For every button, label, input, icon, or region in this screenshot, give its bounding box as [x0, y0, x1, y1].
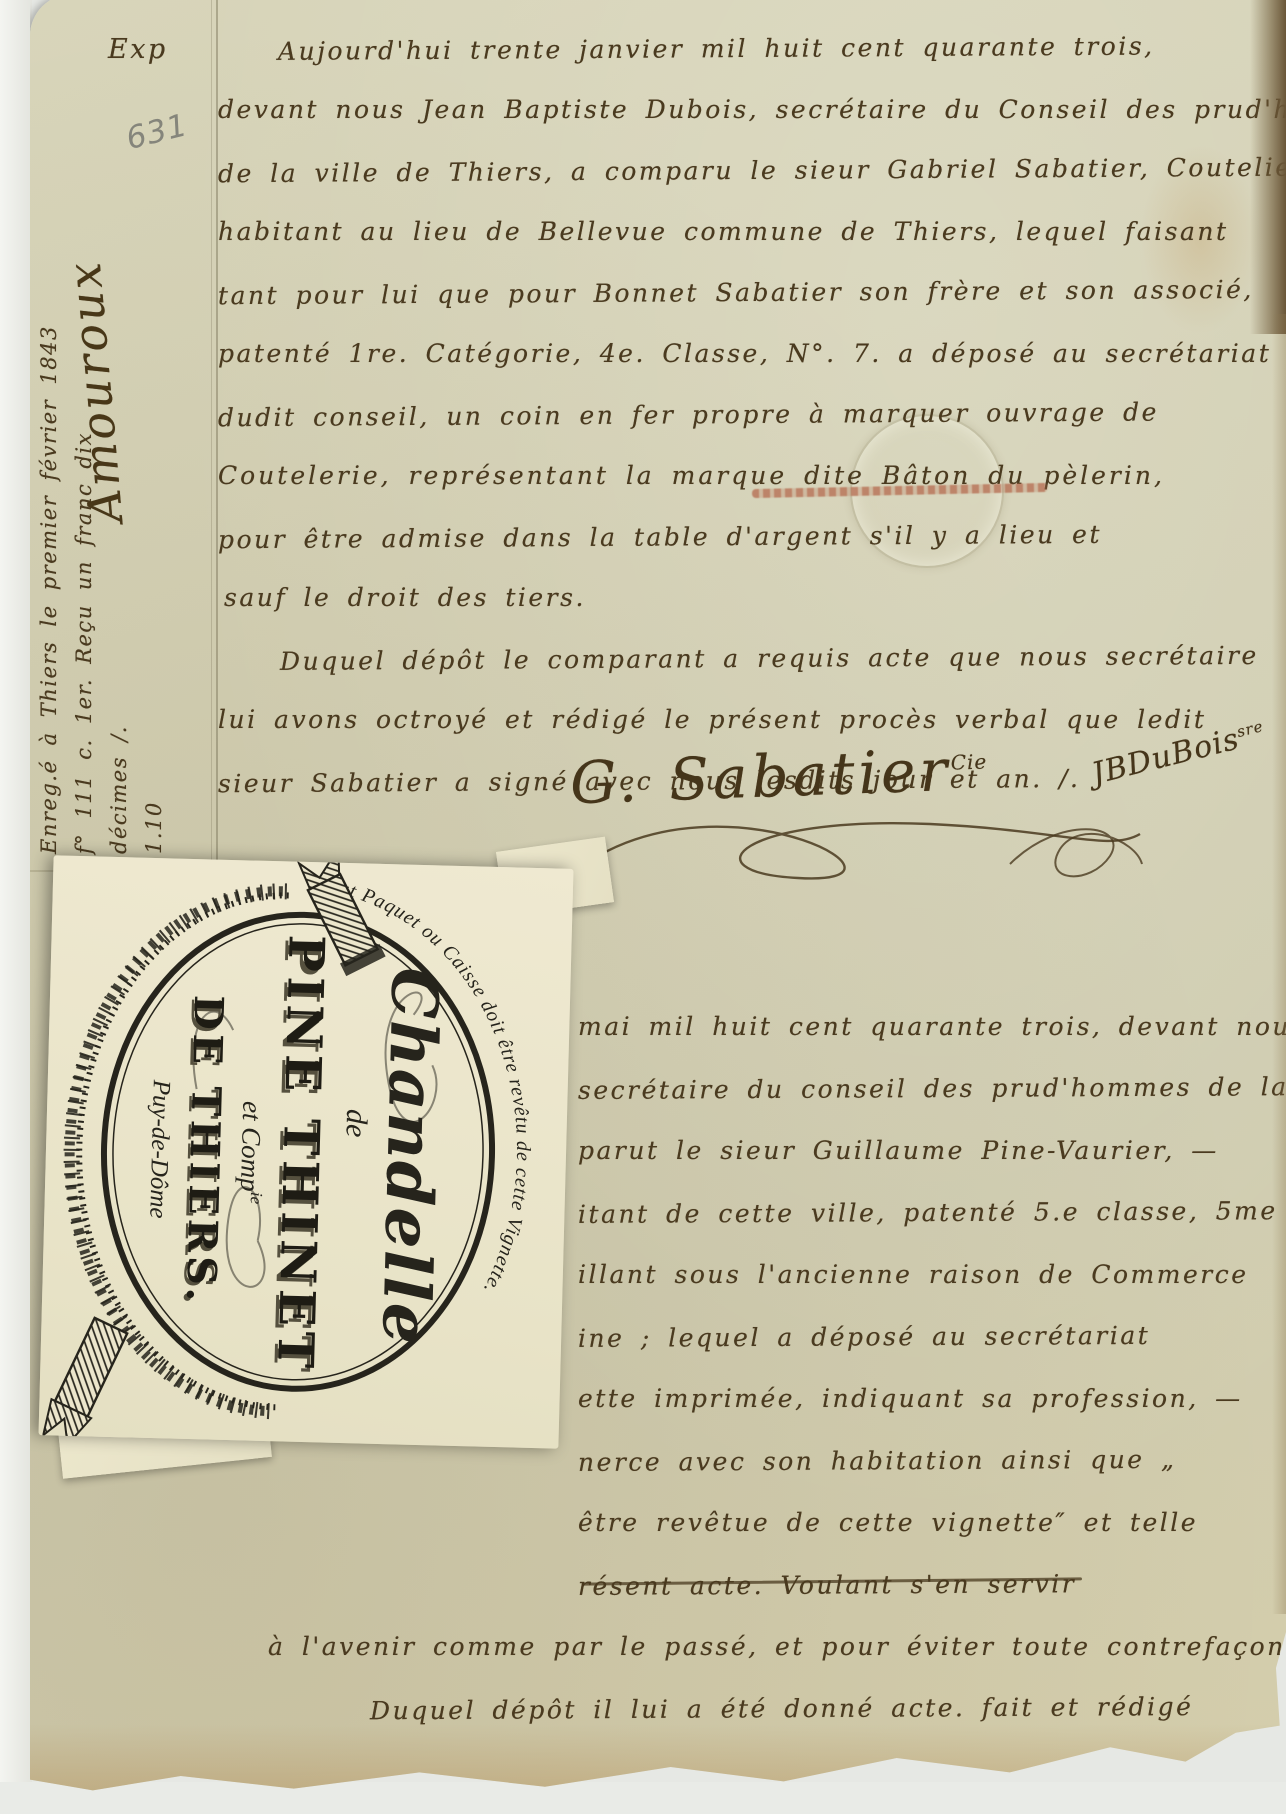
manuscript-line: pour être admise dans la table d'argent …	[218, 503, 1268, 570]
et-comp-text: et Comp	[235, 1101, 267, 1193]
scanner-bed-bottom	[0, 1782, 1286, 1814]
manuscript-line: ine ; lequel a déposé au secrétariat	[578, 1304, 1286, 1370]
label-center-text: Chandelle de PINE THINET PINE THINET et …	[140, 931, 452, 1381]
manuscript-line: illant sous l'ancienne raison de Commerc…	[578, 1244, 1286, 1306]
manuscript-line: lui avons octroyé et rédigé le présent p…	[218, 689, 1268, 750]
manuscript-page: Aujourd'hui trente janvier mil huit cent…	[30, 0, 1286, 1794]
signature-suffix: Cie	[950, 749, 987, 774]
paraph-stroke	[1010, 829, 1142, 876]
registration-line: 1.10	[137, 234, 172, 854]
manuscript-line: de la ville de Thiers, a comparu le sieu…	[218, 137, 1268, 204]
label-line-pine-thinet: PINE THINET	[266, 934, 335, 1374]
label-line-de-thiers: DE THIERS.	[177, 995, 232, 1307]
label-line-chandelle: Chandelle	[367, 967, 452, 1347]
manuscript-line: itant de cette ville, patenté 5.e classe…	[578, 1180, 1286, 1246]
manuscript-line: mai mil huit cent quarante trois, devant…	[578, 996, 1286, 1058]
manuscript-line: tant pour lui que pour Bonnet Sabatier s…	[218, 259, 1268, 326]
manuscript-line: sauf le droit des tiers.	[218, 567, 1268, 628]
manuscript-line: dudit conseil, un coin en fer propre à m…	[218, 381, 1268, 448]
manuscript-line: résent acte. Voulant s'en servir	[578, 1552, 1286, 1618]
scanned-manuscript-canvas: Aujourd'hui trente janvier mil huit cent…	[0, 0, 1286, 1814]
signature-suffix: sre	[1235, 717, 1265, 741]
comp-superscript: ie	[247, 1192, 266, 1205]
act2-text-block: mai mil huit cent quarante trois, devant…	[578, 996, 1286, 1740]
manuscript-line: parut le sieur Guillaume Pine-Vaurier, —	[578, 1120, 1286, 1182]
page-right-edge	[1272, 314, 1286, 1614]
label-line-puy-de-dome: Puy-de-Dôme	[144, 1078, 175, 1218]
manuscript-line: Aujourd'hui trente janvier mil huit cent…	[218, 15, 1268, 82]
margin-registration-note: Enreg.é à Thiers le premier février 1843…	[32, 234, 208, 854]
label-line-et-compie: et Compie	[235, 1101, 269, 1205]
manuscript-line: Coutelerie, représentant la marque dite …	[218, 445, 1268, 506]
ribbon-right	[42, 1316, 130, 1448]
manuscript-line: nerce avec son habitation ainsi que „	[578, 1428, 1286, 1494]
manuscript-line: à l'avenir comme par le passé, et pour é…	[268, 1616, 1286, 1678]
manuscript-line: ette imprimée, indiquant sa profession, …	[578, 1368, 1286, 1430]
vignette-emblem: Tout Paquet ou Caisse doit être revêtu d…	[42, 855, 567, 1448]
pencil-folio-number: 631	[123, 107, 192, 157]
exp-annotation: Exp	[108, 34, 168, 65]
scanner-bed-left	[0, 0, 32, 1814]
label-card: Tout Paquet ou Caisse doit être revêtu d…	[38, 855, 573, 1448]
binding-spine-edge	[1250, 0, 1286, 334]
manuscript-line: habitant au lieu de Bellevue commune de …	[218, 201, 1268, 262]
pasted-vignette-label: Tout Paquet ou Caisse doit être revêtu d…	[38, 855, 573, 1448]
act1-text-block: Aujourd'hui trente janvier mil huit cent…	[218, 18, 1268, 811]
margin-rule-line	[211, 0, 212, 864]
label-line-de: de	[339, 1109, 373, 1138]
manuscript-line: secrétaire du conseil des prud'hommes de…	[578, 1056, 1286, 1122]
manuscript-line: patenté 1re. Catégorie, 4e. Classe, N°. …	[218, 323, 1268, 384]
manuscript-line: être revêtue de cette vignette″ et telle	[578, 1492, 1286, 1554]
manuscript-line: devant nous Jean Baptiste Dubois, secrét…	[218, 79, 1268, 140]
signature-flourish	[590, 794, 1150, 904]
manuscript-line: Duquel dépôt le comparant a requis acte …	[218, 625, 1268, 692]
